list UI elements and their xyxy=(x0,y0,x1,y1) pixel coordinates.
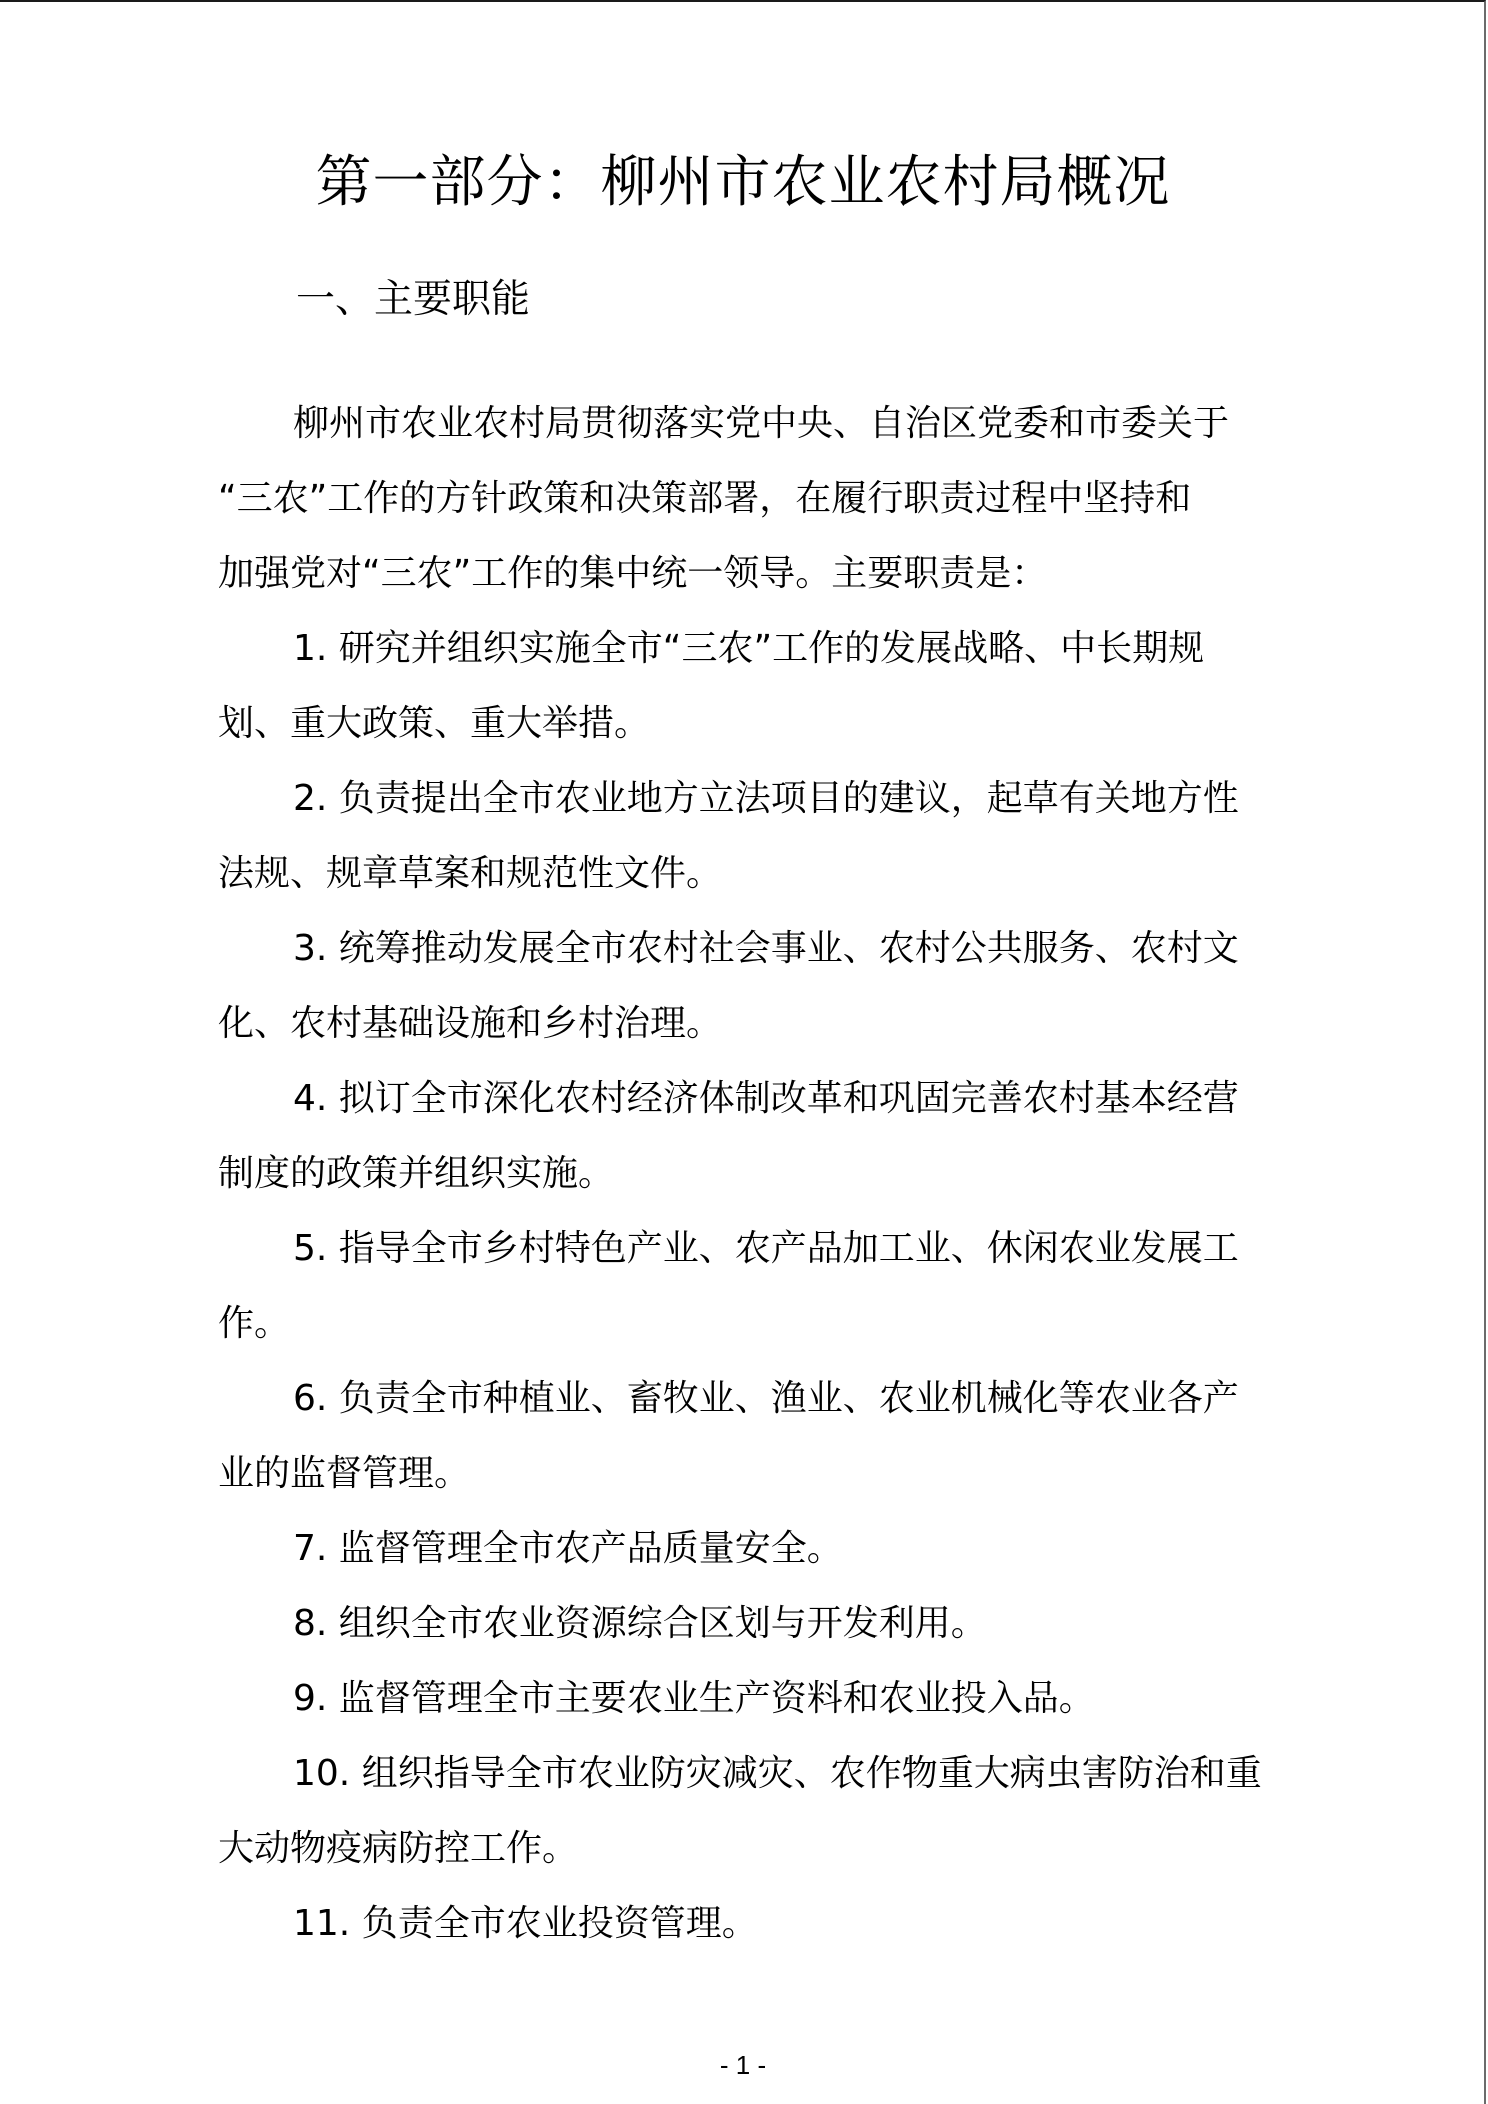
text-line: 柳州市农业农村局贯彻落实党中央、自治区党委和市委关于 xyxy=(218,386,1293,461)
text-line: 1. 研究并组织实施全市“三农”工作的发展战略、中长期规 xyxy=(218,611,1293,686)
duty-item-6: 6. 负责全市种植业、畜牧业、渔业、农业机械化等农业各产 业的监督管理。 xyxy=(218,1361,1293,1511)
text-line: 划、重大政策、重大举措。 xyxy=(218,686,1293,761)
text-line: 大动物疫病防控工作。 xyxy=(218,1811,1293,1886)
duty-item-8: 8. 组织全市农业资源综合区划与开发利用。 xyxy=(218,1586,1293,1661)
text-line: 业的监督管理。 xyxy=(218,1436,1293,1511)
section-heading: 一、主要职能 xyxy=(296,274,530,326)
text-line: 制度的政策并组织实施。 xyxy=(218,1136,1293,1211)
duty-item-3: 3. 统筹推动发展全市农村社会事业、农村公共服务、农村文 化、农村基础设施和乡村… xyxy=(218,911,1293,1061)
duty-item-9: 9. 监督管理全市主要农业生产资料和农业投入品。 xyxy=(218,1661,1293,1736)
document-page: 第一部分：柳州市农业农村局概况 一、主要职能 柳州市农业农村局贯彻落实党中央、自… xyxy=(0,0,1486,2104)
text-line: 8. 组织全市农业资源综合区划与开发利用。 xyxy=(218,1586,1293,1661)
text-line: 9. 监督管理全市主要农业生产资料和农业投入品。 xyxy=(218,1661,1293,1736)
duty-item-5: 5. 指导全市乡村特色产业、农产品加工业、休闲农业发展工 作。 xyxy=(218,1211,1293,1361)
text-line: 化、农村基础设施和乡村治理。 xyxy=(218,986,1293,1061)
text-line: 10. 组织指导全市农业防灾减灾、农作物重大病虫害防治和重 xyxy=(218,1736,1293,1811)
text-line: “三农”工作的方针政策和决策部署，在履行职责过程中坚持和 xyxy=(218,461,1293,536)
duty-item-4: 4. 拟订全市深化农村经济体制改革和巩固完善农村基本经营 制度的政策并组织实施。 xyxy=(218,1061,1293,1211)
body-text: 柳州市农业农村局贯彻落实党中央、自治区党委和市委关于 “三农”工作的方针政策和决… xyxy=(218,386,1293,1961)
page-number: - 1 - xyxy=(0,2048,1486,2082)
duty-item-2: 2. 负责提出全市农业地方立法项目的建议，起草有关地方性 法规、规章草案和规范性… xyxy=(218,761,1293,911)
text-line: 2. 负责提出全市农业地方立法项目的建议，起草有关地方性 xyxy=(218,761,1293,836)
page-title: 第一部分：柳州市农业农村局概况 xyxy=(0,148,1486,218)
text-line: 6. 负责全市种植业、畜牧业、渔业、农业机械化等农业各产 xyxy=(218,1361,1293,1436)
duty-item-10: 10. 组织指导全市农业防灾减灾、农作物重大病虫害防治和重 大动物疫病防控工作。 xyxy=(218,1736,1293,1886)
text-line: 加强党对“三农”工作的集中统一领导。主要职责是： xyxy=(218,536,1293,611)
text-line: 4. 拟订全市深化农村经济体制改革和巩固完善农村基本经营 xyxy=(218,1061,1293,1136)
text-line: 7. 监督管理全市农产品质量安全。 xyxy=(218,1511,1293,1586)
duty-item-11: 11. 负责全市农业投资管理。 xyxy=(218,1886,1293,1961)
duty-item-7: 7. 监督管理全市农产品质量安全。 xyxy=(218,1511,1293,1586)
text-line: 5. 指导全市乡村特色产业、农产品加工业、休闲农业发展工 xyxy=(218,1211,1293,1286)
intro-paragraph: 柳州市农业农村局贯彻落实党中央、自治区党委和市委关于 “三农”工作的方针政策和决… xyxy=(218,386,1293,611)
text-line: 3. 统筹推动发展全市农村社会事业、农村公共服务、农村文 xyxy=(218,911,1293,986)
text-line: 11. 负责全市农业投资管理。 xyxy=(218,1886,1293,1961)
text-line: 法规、规章草案和规范性文件。 xyxy=(218,836,1293,911)
duty-item-1: 1. 研究并组织实施全市“三农”工作的发展战略、中长期规 划、重大政策、重大举措… xyxy=(218,611,1293,761)
text-line: 作。 xyxy=(218,1286,1293,1361)
